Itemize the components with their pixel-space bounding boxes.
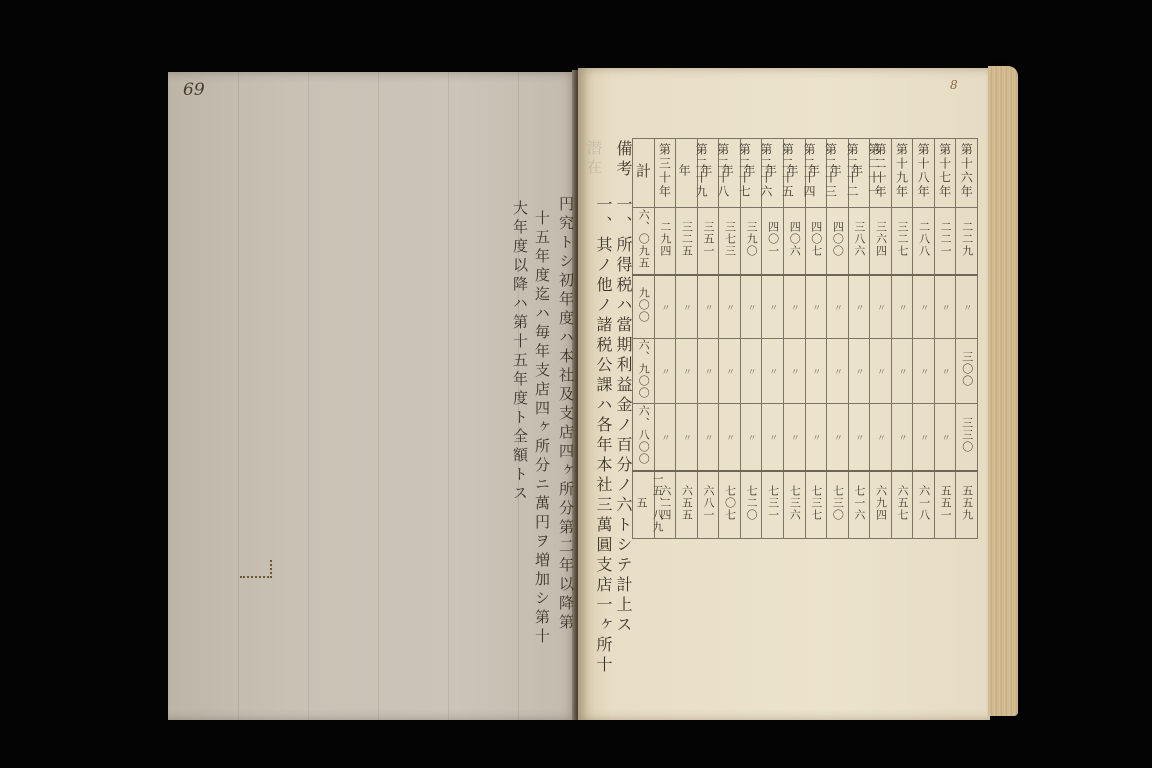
cell-value: 三〇〇 <box>959 351 975 387</box>
table-cell: 二二九 <box>956 208 978 276</box>
table-cell: 〃 <box>740 339 762 404</box>
cell-value: 七三一 <box>765 485 781 521</box>
table-cell: 〃 <box>697 275 719 339</box>
table-cell: 〃 <box>783 404 805 472</box>
table-cell: 三七三 <box>719 208 741 276</box>
cell-value: 二二一 <box>937 221 953 257</box>
cell-value: 三七三 <box>722 221 738 257</box>
ditto-mark: 〃 <box>809 367 822 377</box>
note-line: 十五年度迄ハ毎年支店四ヶ所分ニ萬円ヲ増加シ第十 <box>532 210 553 647</box>
table-cell: 〃 <box>719 339 741 404</box>
cell-value: 六二四 <box>657 485 673 521</box>
ditto-mark: 〃 <box>809 303 822 313</box>
table-cell: 〃 <box>676 404 698 472</box>
table-cell: 〃 <box>654 404 676 472</box>
cell-value: 六、八〇〇 <box>635 405 651 465</box>
column-header: 第二十八年 <box>697 139 719 208</box>
table-cell: 〃 <box>891 404 913 472</box>
table-row: 九〇〇 〃 〃 〃 〃 〃 〃 〃 〃 〃 〃 〃 〃 〃 〃 〃 <box>633 275 978 339</box>
ditto-mark: 〃 <box>658 367 671 377</box>
remark-line: 一、其ノ他ノ諸税公課ハ各年本社三萬圓支店一ヶ所十 <box>592 196 615 676</box>
column-header: 第十八年 <box>913 139 935 208</box>
ditto-mark: 〃 <box>917 433 930 443</box>
table-cell: 〃 <box>934 339 956 404</box>
ditto-mark: 〃 <box>831 303 844 313</box>
table-cell: 四〇〇 <box>827 208 849 276</box>
cell-value: 七二〇 <box>743 485 759 521</box>
table-cell: 七一六 <box>848 471 870 539</box>
column-header: 第二十六年 <box>740 139 762 208</box>
table-cell: 四〇一 <box>762 208 784 276</box>
table-cell: 四〇六 <box>783 208 805 276</box>
open-book: 69 8 円究トシ初年度ハ本社及支店四ヶ所分第二年以降第 十五年度迄ハ毎年支店四… <box>0 0 1152 768</box>
ditto-mark: 〃 <box>917 303 930 313</box>
table-cell: 二二一 <box>934 208 956 276</box>
ditto-mark: 〃 <box>896 433 909 443</box>
table-cell: 〃 <box>891 275 913 339</box>
table-cell: 七三七 <box>805 471 827 539</box>
row-total: 六、九〇〇 <box>633 339 655 404</box>
ditto-mark: 〃 <box>680 433 693 443</box>
cell-value: 四〇六 <box>786 221 802 257</box>
ditto-mark: 〃 <box>723 303 736 313</box>
table-cell: 〃 <box>870 404 892 472</box>
table-cell: 〃 <box>827 275 849 339</box>
table-cell: 四〇七 <box>805 208 827 276</box>
table-cell: 〃 <box>676 339 698 404</box>
table-cell: 〃 <box>848 404 870 472</box>
cell-value: 七〇七 <box>722 485 738 521</box>
cell-value: 九〇〇 <box>635 287 651 323</box>
ditto-mark: 〃 <box>788 303 801 313</box>
ditto-mark: 〃 <box>852 367 865 377</box>
cell-value: 七三六 <box>786 485 802 521</box>
table-row: 六、九〇〇 〃 〃 〃 〃 〃 〃 〃 〃 〃 〃 〃 〃 〃 〃 三〇〇 <box>633 339 978 404</box>
table-row: 六、八〇〇 〃 〃 〃 〃 〃 〃 〃 〃 〃 〃 〃 〃 〃 〃 三三〇 <box>633 404 978 472</box>
table-cell: 六五五 <box>676 471 698 539</box>
cell-value: 三八六 <box>851 221 867 257</box>
table-cell: 七三一 <box>762 471 784 539</box>
table-cell: 〃 <box>697 404 719 472</box>
ink-mark <box>240 560 272 578</box>
table-cell: 三三〇 <box>956 404 978 472</box>
bleed-through-text: 潜在 <box>584 140 605 178</box>
column-header: 第二十五年 <box>762 139 784 208</box>
total-header: 計 <box>633 139 655 208</box>
table-cell: 〃 <box>805 275 827 339</box>
ditto-mark: 〃 <box>939 367 952 377</box>
cell-value: 六一八 <box>916 485 932 521</box>
table-cell: 〃 <box>870 275 892 339</box>
table-cell: 〃 <box>913 339 935 404</box>
column-header: 第二十九年 <box>676 139 698 208</box>
cell-value: 六八一 <box>700 485 716 521</box>
ditto-mark: 〃 <box>658 303 671 313</box>
ditto-mark: 〃 <box>960 303 973 313</box>
note-line: 円究トシ初年度ハ本社及支店四ヶ所分第二年以降第 <box>556 196 577 633</box>
totals-row: 一五、八九五 六二四 六五五 六八一 七〇七 七二〇 七三一 七三六 七三七 七… <box>633 471 978 539</box>
ditto-mark: 〃 <box>701 367 714 377</box>
ruled-line <box>448 72 449 720</box>
ditto-mark: 〃 <box>831 433 844 443</box>
row-total: 九〇〇 <box>633 275 655 339</box>
column-label: 第十九年 <box>894 143 911 199</box>
ditto-mark: 〃 <box>701 303 714 313</box>
cell-value: 五五九 <box>959 485 975 521</box>
column-header: 第二十三年 <box>805 139 827 208</box>
table-cell: 〃 <box>956 275 978 339</box>
ditto-mark: 〃 <box>831 367 844 377</box>
ditto-mark: 〃 <box>745 303 758 313</box>
table-cell: 二九四 <box>654 208 676 276</box>
cell-value: 二九四 <box>657 221 673 257</box>
table-cell: 〃 <box>805 339 827 404</box>
table-cell: 〃 <box>740 275 762 339</box>
column-header: 第二十七年 <box>719 139 741 208</box>
ditto-mark: 〃 <box>788 433 801 443</box>
cell-value: 二八八 <box>916 221 932 257</box>
table-cell: 六一八 <box>913 471 935 539</box>
table-cell: 〃 <box>934 275 956 339</box>
table-cell: 〃 <box>654 339 676 404</box>
table-cell: 〃 <box>697 339 719 404</box>
table-cell: 〃 <box>783 275 805 339</box>
table-cell: 六八一 <box>697 471 719 539</box>
ditto-mark: 〃 <box>917 367 930 377</box>
table-cell: 三九〇 <box>740 208 762 276</box>
table-cell: 〃 <box>719 275 741 339</box>
column-label: 第十七年 <box>937 143 954 199</box>
cell-value: 四〇七 <box>808 221 824 257</box>
ditto-mark: 〃 <box>766 433 779 443</box>
column-label: 第三十年 <box>656 143 673 199</box>
table-cell: 〃 <box>762 404 784 472</box>
table-cell: 〃 <box>719 404 741 472</box>
page-number-left: 69 <box>183 80 205 100</box>
total-label: 計 <box>633 163 654 180</box>
table-cell: 〃 <box>762 339 784 404</box>
ledger-table: 計 第三十年 第二十九年 第二十八年 第二十七年 第二十六年 第二十五年 第二十… <box>632 138 978 528</box>
column-label: 第二十年 <box>872 143 889 199</box>
ditto-mark: 〃 <box>852 433 865 443</box>
table-cell: 〃 <box>913 404 935 472</box>
table-cell: 七三六 <box>783 471 805 539</box>
table-cell: 三〇〇 <box>956 339 978 404</box>
cell-value: 六五七 <box>894 485 910 521</box>
cell-value: 六、九〇〇 <box>635 339 651 399</box>
cell-value: 六、〇九五 <box>635 209 651 269</box>
grand-total: 一五、八九五 <box>633 471 655 539</box>
table-cell: 三五一 <box>697 208 719 276</box>
table-row: 六、〇九五 二九四 三二五 三五一 三七三 三九〇 四〇一 四〇六 四〇七 四〇… <box>633 208 978 276</box>
table-cell: 五五一 <box>934 471 956 539</box>
table-cell: 五五九 <box>956 471 978 539</box>
ditto-mark: 〃 <box>680 367 693 377</box>
table-cell: 〃 <box>762 275 784 339</box>
ditto-mark: 〃 <box>896 367 909 377</box>
table-cell: 六五七 <box>891 471 913 539</box>
table-cell: 三六四 <box>870 208 892 276</box>
column-header: 第十六年 <box>956 139 978 208</box>
cell-value: 三六四 <box>872 221 888 257</box>
ditto-mark: 〃 <box>658 433 671 443</box>
cell-value: 三二七 <box>894 221 910 257</box>
column-header: 第十七年 <box>934 139 956 208</box>
table-cell: 〃 <box>870 339 892 404</box>
cell-value: 三五一 <box>700 221 716 257</box>
ditto-mark: 〃 <box>701 433 714 443</box>
ruled-line <box>378 72 379 720</box>
table-cell: 三八六 <box>848 208 870 276</box>
ditto-mark: 〃 <box>745 433 758 443</box>
table-cell: 三二七 <box>891 208 913 276</box>
row-total: 六、〇九五 <box>633 208 655 276</box>
column-header: 第三十年 <box>654 139 676 208</box>
table-cell: 二八八 <box>913 208 935 276</box>
column-header: 第二十二年 <box>827 139 849 208</box>
header-row: 計 第三十年 第二十九年 第二十八年 第二十七年 第二十六年 第二十五年 第二十… <box>633 139 978 208</box>
note-line: 大年度以降ハ第十五年度ト全額トス <box>510 200 531 504</box>
column-header: 第二十四年 <box>783 139 805 208</box>
cell-value: 四〇一 <box>765 221 781 257</box>
cell-value: 六九四 <box>872 485 888 521</box>
cell-value: 六五五 <box>678 485 694 521</box>
ditto-mark: 〃 <box>723 433 736 443</box>
page-edges <box>988 66 1018 716</box>
row-total: 六、八〇〇 <box>633 404 655 472</box>
ditto-mark: 〃 <box>896 303 909 313</box>
page-number-right: 8 <box>950 78 958 92</box>
table-cell: 〃 <box>805 404 827 472</box>
column-header: 第二十一年 <box>848 139 870 208</box>
ruled-line <box>308 72 309 720</box>
table-cell: 〃 <box>913 275 935 339</box>
ditto-mark: 〃 <box>745 367 758 377</box>
table-cell: 七三〇 <box>827 471 849 539</box>
cell-value: 七三七 <box>808 485 824 521</box>
cell-value: 七一六 <box>851 485 867 521</box>
table-cell: 〃 <box>934 404 956 472</box>
ditto-mark: 〃 <box>874 367 887 377</box>
ditto-mark: 〃 <box>852 303 865 313</box>
table-cell: 〃 <box>740 404 762 472</box>
ditto-mark: 〃 <box>809 433 822 443</box>
ditto-mark: 〃 <box>874 303 887 313</box>
table-cell: 〃 <box>783 339 805 404</box>
ditto-mark: 〃 <box>766 303 779 313</box>
table-cell: 〃 <box>848 339 870 404</box>
table-cell: 〃 <box>676 275 698 339</box>
table-cell: 〃 <box>827 339 849 404</box>
ruled-line <box>238 72 239 720</box>
table-cell: 〃 <box>654 275 676 339</box>
table-cell: 〃 <box>891 339 913 404</box>
cell-value: 四〇〇 <box>829 221 845 257</box>
ditto-mark: 〃 <box>766 367 779 377</box>
ditto-mark: 〃 <box>874 433 887 443</box>
column-label: 第十八年 <box>915 143 932 199</box>
cell-value: 二二九 <box>959 221 975 257</box>
ditto-mark: 〃 <box>723 367 736 377</box>
table-cell: 〃 <box>848 275 870 339</box>
cell-value: 七三〇 <box>829 485 845 521</box>
column-header: 第二十年 <box>870 139 892 208</box>
ditto-mark: 〃 <box>680 303 693 313</box>
table-cell: 三二五 <box>676 208 698 276</box>
column-header: 第十九年 <box>891 139 913 208</box>
table-cell: 〃 <box>827 404 849 472</box>
ditto-mark: 〃 <box>788 367 801 377</box>
ditto-mark: 〃 <box>939 303 952 313</box>
table-cell: 七二〇 <box>740 471 762 539</box>
cell-value: 三二五 <box>678 221 694 257</box>
cell-value: 五五一 <box>937 485 953 521</box>
column-label: 第十六年 <box>958 143 975 199</box>
table-cell: 七〇七 <box>719 471 741 539</box>
cell-value: 三三〇 <box>959 417 975 453</box>
ditto-mark: 〃 <box>939 433 952 443</box>
table-cell: 六九四 <box>870 471 892 539</box>
cell-value: 三九〇 <box>743 221 759 257</box>
